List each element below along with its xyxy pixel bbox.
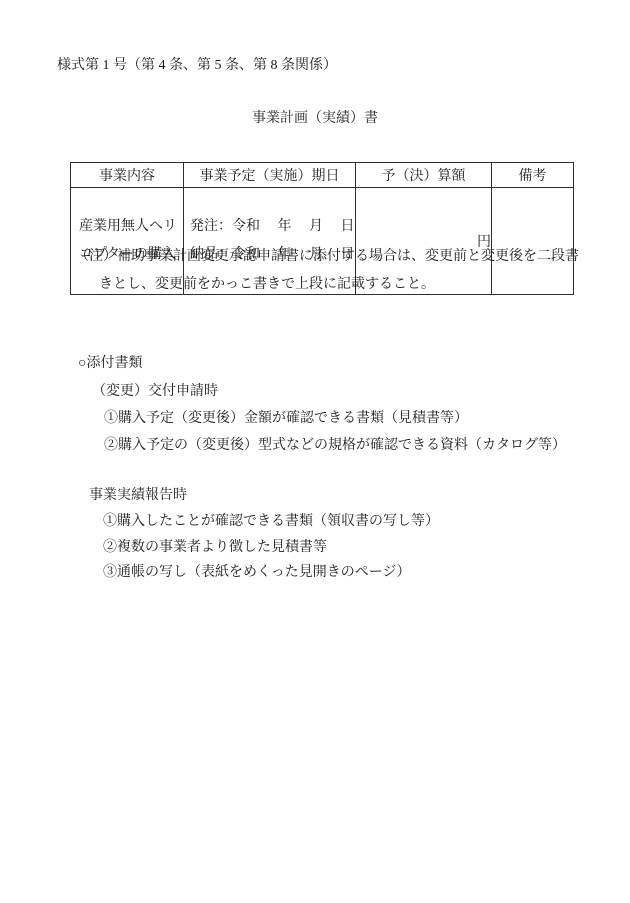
- header-schedule-date: 事業予定（実施）期日: [184, 163, 356, 188]
- business-plan-table: 事業内容 事業予定（実施）期日 予（決）算額 備考 産業用無人ヘリ コプターの購…: [70, 162, 574, 295]
- attachment-item: ①購入したことが確認できる書類（領収書の写し等）: [103, 514, 439, 530]
- attachments-heading: ○添付書類: [78, 356, 142, 372]
- business-line: 産業用無人ヘリ: [79, 220, 183, 234]
- header-remarks: 備考: [492, 163, 574, 188]
- remarks-cell: [492, 188, 574, 295]
- attachment-item: ③通帳の写し（表紙をめくった見開きのページ）: [103, 565, 410, 581]
- page-title: 事業計画（実績）書: [0, 111, 630, 127]
- form-number: 様式第 1 号（第 4 条、第 5 条、第 8 条関係）: [57, 58, 337, 74]
- section-title-application: （変更）交付申請時: [92, 384, 218, 400]
- document-page: 様式第 1 号（第 4 条、第 5 条、第 8 条関係） 事業計画（実績）書 事…: [0, 0, 630, 903]
- attachment-item: ②購入予定の（変更後）型式などの規格が確認できる資料（カタログ等）: [104, 438, 566, 454]
- note-line-1: （注）補助事業計画変更承認申請書に添付する場合は、変更前と変更後を二段書: [75, 249, 579, 265]
- table-header-row: 事業内容 事業予定（実施）期日 予（決）算額 備考: [71, 163, 574, 188]
- section-title-report: 事業実績報告時: [89, 488, 187, 504]
- attachment-item: ①購入予定（変更後）金額が確認できる書類（見積書等）: [104, 411, 468, 427]
- order-date-line: 発注：令和 年 月 日: [190, 220, 355, 234]
- attachment-item: ②複数の事業者より徴した見積書等: [103, 540, 327, 556]
- header-budget-amount: 予（決）算額: [356, 163, 492, 188]
- note-line-2: きとし、変更前をかっこ書きで上段に記載すること。: [99, 277, 435, 293]
- header-business-content: 事業内容: [71, 163, 184, 188]
